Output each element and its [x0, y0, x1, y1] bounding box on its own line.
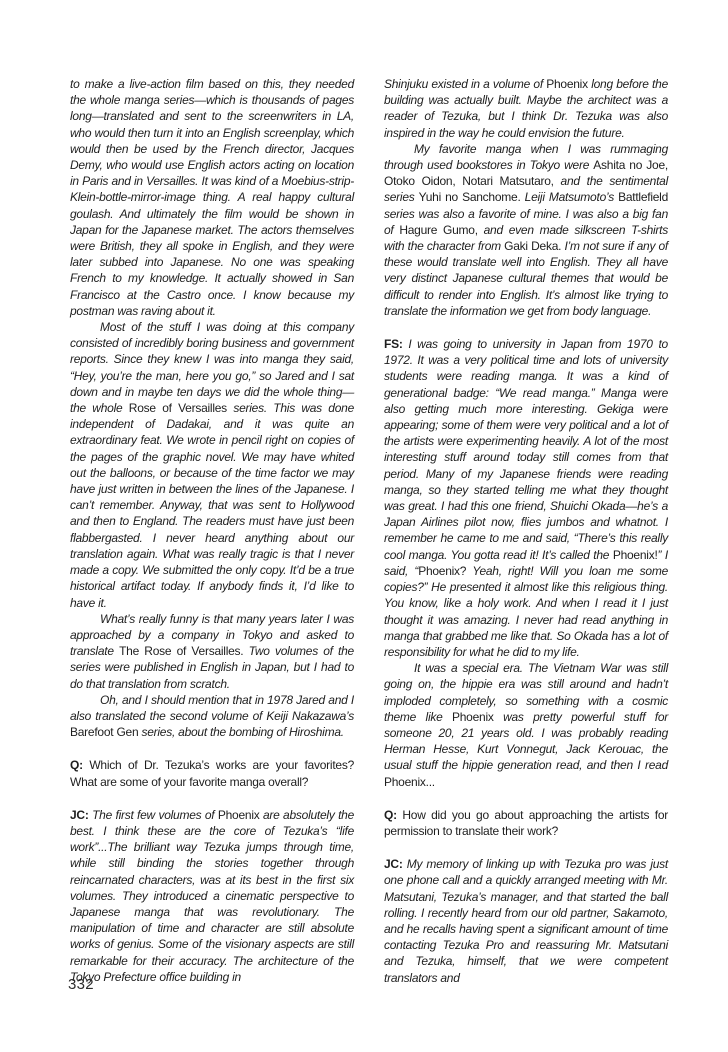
- text-segment: Phoenix: [218, 808, 260, 822]
- text-segment: Battlefield: [618, 190, 668, 204]
- text-segment: Leiji Matsumoto’s: [521, 190, 619, 204]
- question-paragraph: Q: Which of Dr. Tezuka’s works are your …: [70, 757, 354, 789]
- text-segment: Phoenix: [546, 77, 588, 91]
- text-segment: Yuhi no Sanchome.: [419, 190, 521, 204]
- text-segment: Phoenix: [452, 710, 494, 724]
- text-segment: Which of Dr. Tezuka’s works are your fav…: [70, 758, 354, 788]
- text-segment: Oh, and I should mention that in 1978 Ja…: [70, 693, 354, 723]
- page-number: 332: [68, 976, 94, 994]
- text-segment: Q:: [384, 808, 402, 822]
- text-segment: series. This was done independent of Dad…: [70, 401, 354, 609]
- text-segment: Phoenix...: [384, 775, 435, 789]
- text-columns: to make a live-action film based on this…: [70, 76, 668, 986]
- text-segment: Shinjuku existed in a volume of: [384, 77, 546, 91]
- text-segment: to make a live-action film based on this…: [70, 77, 354, 318]
- answer-paragraph: Oh, and I should mention that in 1978 Ja…: [70, 692, 354, 741]
- answer-paragraph: What’s really funny is that many years l…: [70, 611, 354, 692]
- book-page: to make a live-action film based on this…: [0, 0, 728, 1052]
- text-segment: Yeah, right! Will you loan me some copie…: [384, 564, 668, 659]
- text-segment: Rose of Versailles: [129, 401, 227, 415]
- answer-continued-paragraph: to make a live-action film based on this…: [70, 76, 354, 319]
- text-segment: JC:: [384, 857, 407, 871]
- text-segment: Hagure Gumo,: [399, 223, 477, 237]
- text-segment: are absolutely the best. I think these a…: [70, 808, 354, 984]
- text-segment: Q:: [70, 758, 89, 772]
- answer-continued-paragraph: Shinjuku existed in a volume of Phoenix …: [384, 76, 668, 141]
- text-segment: Phoenix!: [613, 548, 658, 562]
- answer-paragraph: Most of the stuff I was doing at this co…: [70, 319, 354, 611]
- question-paragraph: Q: How did you go about approaching the …: [384, 807, 668, 839]
- answer-paragraph: It was a special era. The Vietnam War wa…: [384, 660, 668, 790]
- text-segment: The Rose of Versailles.: [119, 644, 243, 658]
- text-segment: The first few volumes of: [92, 808, 218, 822]
- answer-paragraph: JC: The first few volumes of Phoenix are…: [70, 807, 354, 985]
- right-column: Shinjuku existed in a volume of Phoenix …: [384, 76, 668, 986]
- text-segment: Gaki Deka.: [504, 239, 561, 253]
- text-segment: I was going to university in Japan from …: [384, 337, 668, 562]
- text-segment: JC:: [70, 808, 92, 822]
- answer-paragraph: FS: I was going to university in Japan f…: [384, 336, 668, 660]
- text-segment: Phoenix?: [418, 564, 466, 578]
- text-segment: series, about the bombing of Hiroshima.: [138, 725, 343, 739]
- text-segment: Barefoot Gen: [70, 725, 138, 739]
- left-column: to make a live-action film based on this…: [70, 76, 354, 986]
- text-segment: My memory of linking up with Tezuka pro …: [384, 857, 668, 984]
- text-segment: How did you go about approaching the art…: [384, 808, 668, 838]
- answer-paragraph: My favorite manga when I was rummaging t…: [384, 141, 668, 319]
- answer-paragraph: JC: My memory of linking up with Tezuka …: [384, 856, 668, 986]
- text-segment: FS:: [384, 337, 408, 351]
